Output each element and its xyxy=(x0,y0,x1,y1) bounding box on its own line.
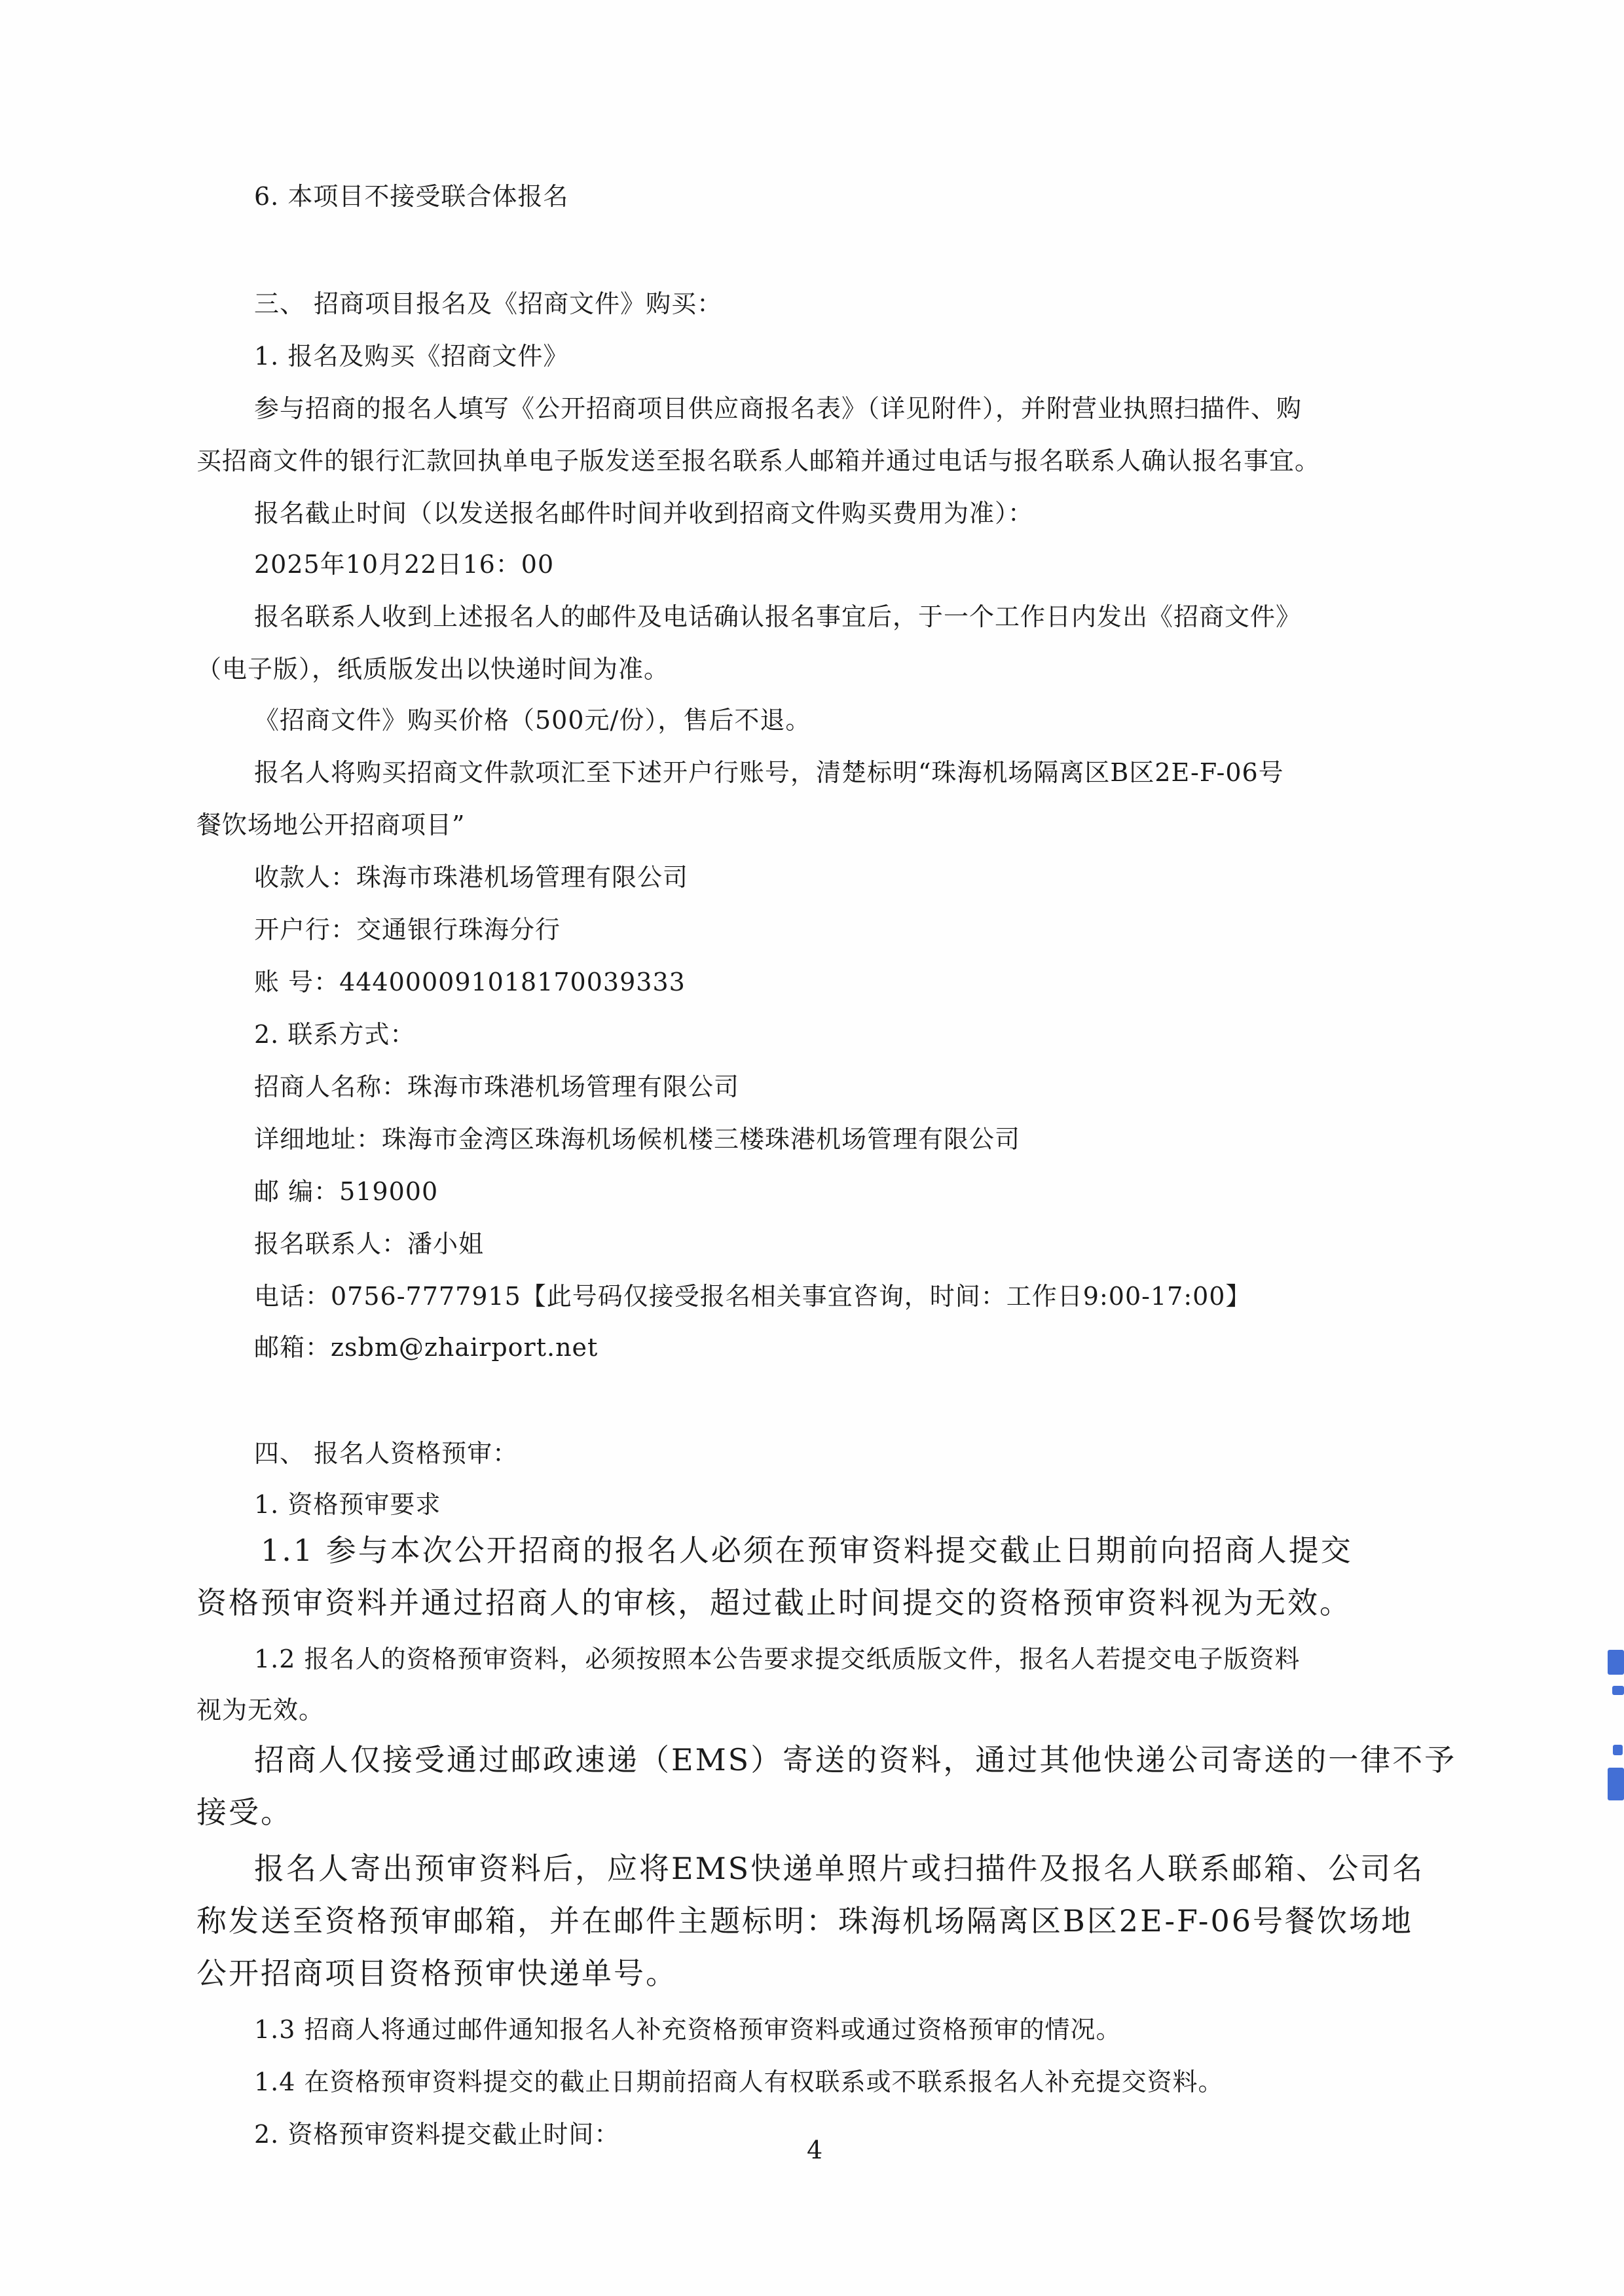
text-line-sec3-heading: 三、 招商项目报名及《招商文件》购买： xyxy=(254,288,722,319)
text-line-p3-l2: 餐饮场地公开招商项目” xyxy=(196,809,465,841)
text-line-p44-l3: 公开招商项目资格预审快递单号。 xyxy=(196,1955,678,1992)
text-line-sec4-1-heading: 1. 资格预审要求 xyxy=(254,1489,441,1520)
seal-stamp-fragment xyxy=(1612,1686,1624,1695)
seal-stamp-fragment xyxy=(1608,1768,1624,1800)
text-line-p3-l1: 报名人将购买招商文件款项汇至下述开户行账号，清楚标明“珠海机场隔离区B区2E-F… xyxy=(254,757,1284,788)
text-line-company: 招商人名称：珠海市珠港机场管理有限公司 xyxy=(254,1071,739,1102)
text-line-payee: 收款人：珠海市珠港机场管理有限公司 xyxy=(254,862,688,893)
text-line-p41-l1: 1.1 参与本次公开招商的报名人必须在预审资料提交截止日期前向招商人提交 xyxy=(261,1532,1353,1569)
page-number: 4 xyxy=(807,2136,822,2164)
text-line-p46: 1.4 在资格预审资料提交的截止日期前招商人有权联系或不联系报名人补充提交资料。 xyxy=(254,2066,1224,2098)
seal-stamp-fragment xyxy=(1613,1745,1623,1755)
text-line-deadline-value: 2025年10月22日16：00 xyxy=(254,549,554,580)
text-line-postcode: 邮 编：519000 xyxy=(254,1176,438,1207)
text-line-email: 邮箱：zsbm@zhairport.net xyxy=(254,1332,598,1363)
text-line-p41-l2: 资格预审资料并通过招商人的审核，超过截止时间提交的资格预审资料视为无效。 xyxy=(196,1584,1352,1621)
text-line-sec4-2-heading: 2. 资格预审资料提交截止时间： xyxy=(254,2119,619,2150)
seal-stamp-fragment xyxy=(1608,1650,1624,1675)
text-line-p42-l2: 视为无效。 xyxy=(196,1694,324,1726)
text-line-p2-l2: （电子版），纸质版发出以快递时间为准。 xyxy=(196,653,669,685)
text-line-p43-l1: 招商人仅接受通过邮政速递（EMS）寄送的资料，通过其他快递公司寄送的一律不予 xyxy=(254,1741,1456,1778)
text-line-item6: 6. 本项目不接受联合体报名 xyxy=(254,181,568,212)
text-line-sec3-1-heading: 1. 报名及购买《招商文件》 xyxy=(254,340,568,372)
text-line-p1-l1: 参与招商的报名人填写《公开招商项目供应商报名表》（详见附件），并附营业执照扫描件… xyxy=(254,393,1302,424)
text-line-phone: 电话：0756-7777915【此号码仅接受报名相关事宜咨询，时间：工作日9:0… xyxy=(254,1281,1251,1312)
text-line-address: 详细地址：珠海市金湾区珠海机场候机楼三楼珠港机场管理有限公司 xyxy=(254,1123,1020,1155)
text-line-p44-l2: 称发送至资格预审邮箱，并在邮件主题标明：珠海机场隔离区B区2E-F-06号餐饮场… xyxy=(196,1903,1413,1939)
text-line-p43-l2: 接受。 xyxy=(196,1794,293,1831)
text-line-p42-l1: 1.2 报名人的资格预审资料，必须按照本公告要求提交纸质版文件，报名人若提交电子… xyxy=(254,1643,1301,1675)
text-line-price: 《招商文件》购买价格（500元/份），售后不退。 xyxy=(254,704,811,736)
text-line-deadline-label: 报名截止时间（以发送报名邮件时间并收到招商文件购买费用为准）： xyxy=(254,498,1033,529)
text-line-p44-l1: 报名人寄出预审资料后，应将EMS快递单照片或扫描件及报名人联系邮箱、公司名 xyxy=(254,1850,1424,1887)
text-line-p45: 1.3 招商人将通过邮件通知报名人补充资格预审资料或通过资格预审的情况。 xyxy=(254,2014,1122,2045)
text-line-sec4-heading: 四、 报名人资格预审： xyxy=(254,1438,518,1469)
text-line-contact: 报名联系人：潘小姐 xyxy=(254,1228,484,1260)
text-line-p1-l2: 买招商文件的银行汇款回执单电子版发送至报名联系人邮箱并通过电话与报名联系人确认报… xyxy=(196,445,1320,477)
document-page: 6. 本项目不接受联合体报名三、 招商项目报名及《招商文件》购买：1. 报名及购… xyxy=(0,0,1624,2296)
text-line-account: 账 号：444000091018170039333 xyxy=(254,966,686,998)
text-line-p2-l1: 报名联系人收到上述报名人的邮件及电话确认报名事宜后，于一个工作日内发出《招商文件… xyxy=(254,601,1301,632)
text-line-bank: 开户行：交通银行珠海分行 xyxy=(254,914,561,945)
text-line-sec3-2-heading: 2. 联系方式： xyxy=(254,1019,415,1050)
